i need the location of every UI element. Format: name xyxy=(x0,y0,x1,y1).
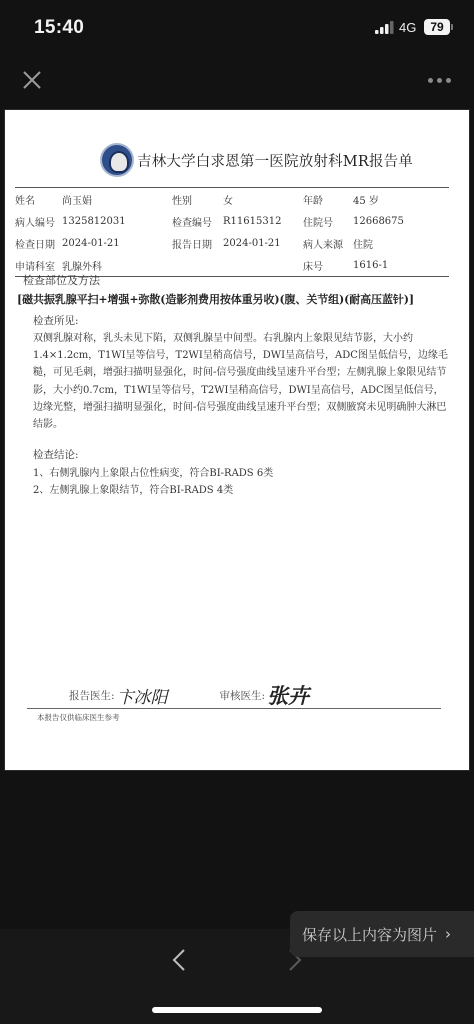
status-time: 15:40 xyxy=(34,17,84,39)
info-value: 住院 xyxy=(353,236,449,251)
exam-method: [磁共振乳腺平扫+增强+弥散(造影剂费用按体重另收)(腹、关节组)(耐高压蓝针)… xyxy=(17,291,414,307)
report-footnote: 本报告仅供临床医生参考 xyxy=(37,712,120,723)
mr-report: 吉林大学白求恩第一医院放射科MR报告单 姓名 尚玉娟 性别 女 年龄 45 岁 … xyxy=(5,110,469,770)
close-icon[interactable] xyxy=(20,68,44,92)
info-label: 申请科室 xyxy=(15,258,62,273)
battery-icon: 79 xyxy=(424,19,450,35)
save-as-image-button[interactable]: 保存以上内容为图片 › xyxy=(290,911,474,957)
info-label: 病人编号 xyxy=(15,214,62,229)
info-value: 45 岁 xyxy=(353,192,449,207)
findings-label: 检查所见: xyxy=(33,313,79,328)
info-value: 乳腺外科 xyxy=(62,258,172,273)
info-label: 病人来源 xyxy=(303,236,353,251)
info-row: 姓名 尚玉娟 性别 女 年龄 45 岁 xyxy=(15,188,449,210)
more-dot xyxy=(428,78,433,83)
info-label: 检查编号 xyxy=(172,214,223,229)
cellular-signal-icon xyxy=(375,21,395,35)
battery-tip xyxy=(451,24,453,30)
report-title: 吉林大学白求恩第一医院放射科MR报告单 xyxy=(137,150,413,171)
reviewing-doctor-signature: 张卉 xyxy=(267,680,309,710)
divider xyxy=(27,708,441,709)
patient-info-table: 姓名 尚玉娟 性别 女 年龄 45 岁 病人编号 1325812031 检查编号… xyxy=(15,187,449,277)
info-value: 2024-01-21 xyxy=(62,238,172,249)
conclusion-item: 1、右侧乳腺内上象限占位性病变，符合BI-RADS 6类 xyxy=(33,464,273,479)
report-header: 吉林大学白求恩第一医院放射科MR报告单 xyxy=(100,143,413,177)
save-as-image-label: 保存以上内容为图片 xyxy=(302,924,437,945)
info-value: 12668675 xyxy=(353,216,449,227)
findings-text: 双侧乳腺对称，乳头未见下陷，双侧乳腺呈中间型。右乳腺内上象限见结节影，大小约1.… xyxy=(33,330,448,433)
info-value: R11615312 xyxy=(223,216,303,227)
info-row: 检查日期 2024-01-21 报告日期 2024-01-21 病人来源 住院 xyxy=(15,232,449,254)
document-viewer[interactable]: 吉林大学白求恩第一医院放射科MR报告单 姓名 尚玉娟 性别 女 年龄 45 岁 … xyxy=(4,109,470,771)
reporting-doctor-signature: 卞冰阳 xyxy=(117,683,168,708)
conclusion-label: 检查结论: xyxy=(33,447,79,462)
more-dot xyxy=(437,78,442,83)
more-dot xyxy=(446,78,451,83)
exam-section-label: 检查部位及方法 xyxy=(23,272,100,288)
home-indicator[interactable] xyxy=(152,1007,322,1013)
info-value: 1616-1 xyxy=(353,260,449,271)
more-icon[interactable] xyxy=(428,74,454,86)
signature-row: 报告医生: 卞冰阳 审核医生: 张卉 xyxy=(69,682,309,708)
info-label: 报告日期 xyxy=(172,236,223,251)
info-value: 2024-01-21 xyxy=(223,238,303,249)
reviewing-doctor-label: 审核医生: xyxy=(220,688,266,703)
chevron-right-icon: › xyxy=(445,925,451,943)
info-label: 性别 xyxy=(172,192,223,207)
info-value: 女 xyxy=(223,192,303,207)
info-label: 检查日期 xyxy=(15,236,62,251)
info-value: 尚玉娟 xyxy=(62,192,172,207)
info-label: 年龄 xyxy=(303,192,353,207)
chevron-left-icon[interactable] xyxy=(168,947,190,973)
conclusion-item: 2、左侧乳腺上象限结节，符合BI-RADS 4类 xyxy=(33,481,233,496)
status-bar: 15:40 4G 79 xyxy=(0,0,474,58)
hospital-logo-icon xyxy=(100,143,134,177)
info-row: 病人编号 1325812031 检查编号 R11615312 住院号 12668… xyxy=(15,210,449,232)
reporting-doctor-label: 报告医生: xyxy=(69,688,115,703)
info-label: 床号 xyxy=(303,258,353,273)
info-value: 1325812031 xyxy=(62,216,172,227)
top-nav xyxy=(0,58,474,104)
info-label: 姓名 xyxy=(15,192,62,207)
network-type: 4G xyxy=(399,20,416,35)
info-label: 住院号 xyxy=(303,214,353,229)
